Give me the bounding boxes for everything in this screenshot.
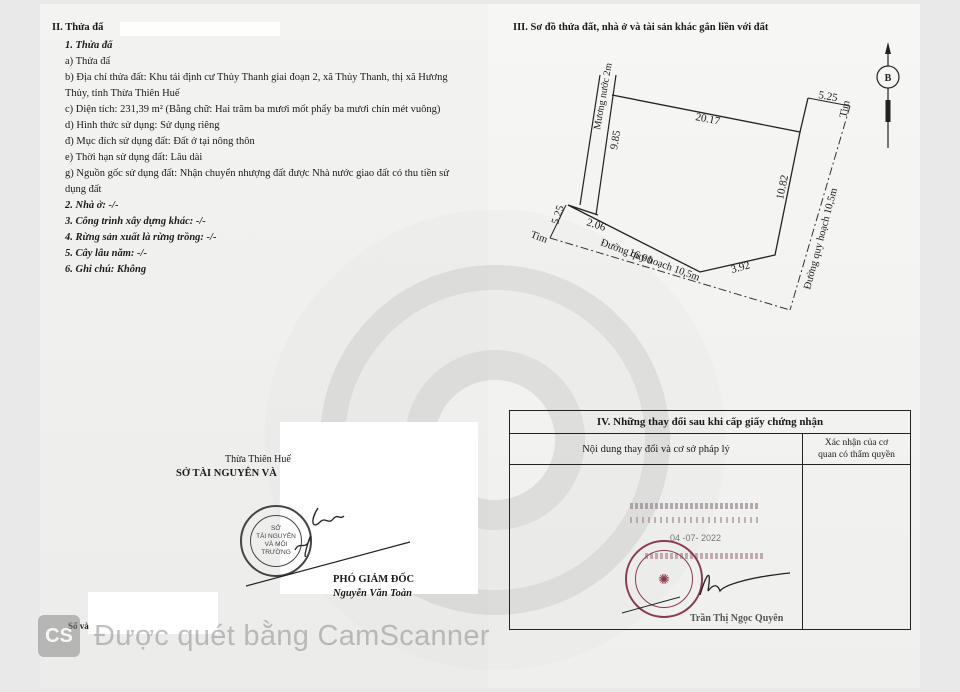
parcel-heading: 1. Thửa đấ [65,38,112,54]
svg-text:20.17: 20.17 [694,111,721,128]
svg-text:9.85: 9.85 [608,129,623,151]
signer-name: Nguyễn Văn Toàn [333,586,412,602]
svg-text:10.82: 10.82 [774,174,791,201]
usage-purpose: đ) Mục đích sử dụng đất: Đất ở tại nông … [65,134,255,150]
changes-confirmation-cell [803,465,910,629]
usage-origin-line2: dụng đất [65,182,101,198]
svg-text:3.92: 3.92 [730,259,752,276]
redacted-region [120,22,280,36]
changes-column-confirmation: Xác nhận của cơ quan có thẩm quyền [803,434,910,464]
svg-text:Mương nước 2m: Mương nước 2m [592,62,615,131]
parcel-address-line1: b) Địa chỉ thửa đất: Khu tái định cư Thủ… [65,70,448,86]
stamp-text-line [630,503,760,509]
parcel-area: c) Diện tích: 231,39 m² (Bằng chữ: Hai t… [65,102,440,118]
item-house: 2. Nhà ở: -/- [65,198,118,214]
svg-text:5.25: 5.25 [817,89,839,104]
svg-text:2.06: 2.06 [585,216,607,234]
camscanner-logo-icon: CS [38,615,80,657]
parcel-address-line2: Thủy, tỉnh Thừa Thiên Huế [65,86,180,102]
changes-column-content: Nội dung thay đổi và cơ sở pháp lý [510,434,803,464]
scanner-watermark: CS Được quét bằng CamScanner [38,615,490,657]
parcel-item-a: a) Thửa đấ [65,54,110,70]
section-ii-title: II. Thửa đấ [52,20,103,36]
changes-table-title: IV. Những thay đổi sau khi cấp giấy chứn… [510,411,910,434]
issuing-agency: SỞ TÀI NGUYÊN VÀ [176,466,277,482]
stamp-text-line [630,517,760,523]
signature-right [620,555,800,615]
right-signer-name: Trần Thị Ngọc Quyên [690,611,783,627]
item-other-construction: 3. Công trình xây dựng khác: -/- [65,214,206,230]
usage-term: e) Thời hạn sử dụng đất: Lâu dài [65,150,202,166]
item-perennial-trees: 5. Cây lâu năm: -/- [65,246,147,262]
usage-form: d) Hình thức sử dụng: Sử dụng riêng [65,118,219,134]
usage-origin-line1: g) Nguồn gốc sử dụng đất: Nhận chuyển nh… [65,166,449,182]
item-production-forest: 4. Rừng sản xuất là rừng trồng: -/- [65,230,216,246]
section-iii-title: III. Sơ đồ thửa đất, nhà ở và tài sản kh… [513,20,768,36]
svg-text:Tim: Tim [529,229,549,245]
parcel-diagram: 20.17 10.82 3.92 16.90 2.06 9.85 5.25 5.… [500,40,920,330]
item-notes: 6. Ghi chú: Không [65,262,146,278]
scanner-watermark-text: Được quét bằng CamScanner [94,620,490,653]
svg-text:Tim: Tim [838,100,852,119]
svg-text:Đường quy hoạch 10,5m: Đường quy hoạch 10,5m [599,237,701,283]
svg-text:5.25: 5.25 [549,203,567,225]
